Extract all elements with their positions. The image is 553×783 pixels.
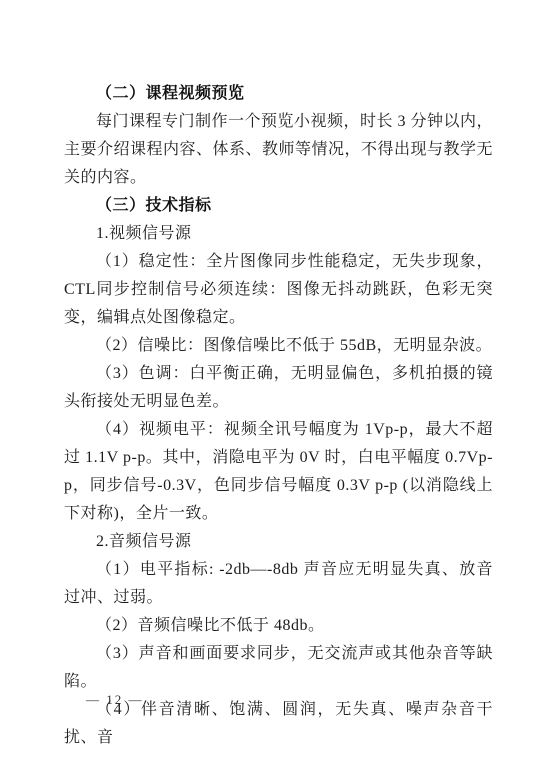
section-heading-course-video-preview: （二）课程视频预览 bbox=[64, 80, 493, 108]
paragraph-audio-snr: （2）音频信噪比不低于 48db。 bbox=[64, 612, 493, 640]
page-number: — 12 — bbox=[86, 692, 144, 708]
paragraph-video-stability: （1）稳定性：全片图像同步性能稳定，无失步现象，CTL同步控制信号必须连续：图像… bbox=[64, 248, 493, 332]
subsection-video-signal-source: 1.视频信号源 bbox=[64, 220, 493, 248]
paragraph-audio-level: （1）电平指标: -2db—-8db 声音应无明显失真、放音过冲、过弱。 bbox=[64, 556, 493, 612]
section-heading-technical-indicators: （三）技术指标 bbox=[64, 192, 493, 220]
document-body: （二）课程视频预览 每门课程专门制作一个预览小视频，时长 3 分钟以内，主要介绍… bbox=[64, 80, 493, 752]
paragraph-audio-sync: （3）声音和画面要求同步，无交流声或其他杂音等缺陷。 bbox=[64, 640, 493, 696]
paragraph-video-tone: （3）色调：白平衡正确，无明显偏色，多机拍摄的镜头衔接处无明显色差。 bbox=[64, 360, 493, 416]
paragraph-video-level: （4）视频电平：视频全讯号幅度为 1Vp-p，最大不超过 1.1V p-p。其中… bbox=[64, 416, 493, 528]
paragraph-video-snr: （2）信噪比：图像信噪比不低于 55dB，无明显杂波。 bbox=[64, 332, 493, 360]
paragraph-preview-description: 每门课程专门制作一个预览小视频，时长 3 分钟以内，主要介绍课程内容、体系、教师… bbox=[64, 108, 493, 192]
document-page: （二）课程视频预览 每门课程专门制作一个预览小视频，时长 3 分钟以内，主要介绍… bbox=[0, 0, 553, 783]
subsection-audio-signal-source: 2.音频信号源 bbox=[64, 528, 493, 556]
